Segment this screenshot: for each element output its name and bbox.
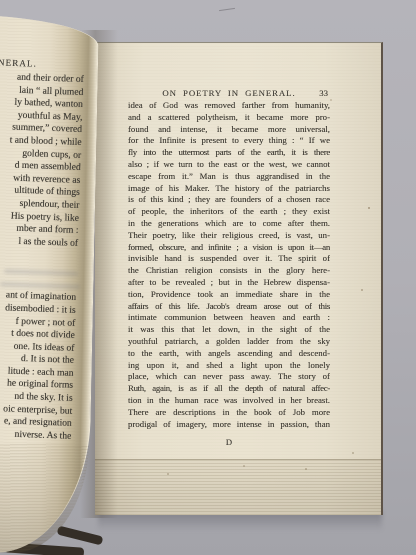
running-head-row: ON POETRY IN GENERAL. 33 bbox=[128, 88, 330, 100]
text-line: after to be revealed ; but in the Hebrew… bbox=[128, 277, 330, 289]
text-line: to the earth, with angels ascending and … bbox=[128, 348, 330, 360]
text-line: of people, the inheritors of the earth ;… bbox=[128, 206, 330, 218]
text-line: prodigal of imagery, more intense in pas… bbox=[128, 419, 330, 431]
text-line: for the Infinite is present to every thi… bbox=[128, 135, 330, 147]
background-scratch bbox=[219, 8, 235, 11]
text-line: tion in the human race was involved in h… bbox=[128, 395, 330, 407]
cover-edge-sliver bbox=[57, 526, 104, 546]
text-line: is of this kind ; they are founders of a… bbox=[128, 194, 330, 206]
text-line: Ruth, again, is as if all the depth of n… bbox=[128, 383, 330, 395]
signature-mark: D bbox=[128, 437, 330, 447]
text-line: also ; if we turn to the east or the wes… bbox=[128, 159, 330, 171]
text-line: formed, obscure, and infinite ; a vision… bbox=[128, 242, 330, 254]
text-line: found and intense, it became more univer… bbox=[128, 124, 330, 136]
text-line: youthful patriarch, a golden ladder from… bbox=[128, 336, 330, 348]
page-number: 33 bbox=[319, 88, 328, 98]
text-line: the Christian religion consists in the g… bbox=[128, 265, 330, 277]
text-line: Their poetry, like their religious creed… bbox=[128, 230, 330, 242]
text-line: There are descriptions in the book of Jo… bbox=[128, 407, 330, 419]
text-line: place, which can never pass away. The st… bbox=[128, 371, 330, 383]
text-line: intimate communion between heaven and ea… bbox=[128, 312, 330, 324]
text-line: tion, Providence took an immediate share… bbox=[128, 289, 330, 301]
right-page-bottom-leaf-edges bbox=[95, 459, 381, 515]
left-running-head-fragment: NERAL. bbox=[0, 57, 37, 68]
text-line: ing upon it, and shed a light upon the l… bbox=[128, 360, 330, 372]
text-line: in the generations which are to come aft… bbox=[128, 218, 330, 230]
text-line: affairs of this life. Jacob's dream aros… bbox=[128, 301, 330, 313]
left-page-text: and their order oflain “ all plumedly ba… bbox=[0, 67, 84, 443]
text-line: escape from it.” Man is thus aggrandised… bbox=[128, 171, 330, 183]
text-line: it was this that let down, in the sight … bbox=[128, 324, 330, 336]
text-line: idea of God was removed farther from hum… bbox=[128, 100, 330, 112]
text-line: fly into the uttermost parts of the eart… bbox=[128, 147, 330, 159]
text-line: and a scattered polytheism, it became mo… bbox=[128, 112, 330, 124]
foxing-specks bbox=[368, 207, 370, 209]
open-book-photo: ON POETRY IN GENERAL. 33 idea of God was… bbox=[0, 0, 416, 555]
running-head: ON POETRY IN GENERAL. bbox=[128, 88, 330, 98]
text-line: image of his Maker. The history of the p… bbox=[128, 183, 330, 195]
right-page-text: idea of God was removed farther from hum… bbox=[128, 100, 330, 430]
text-line: invisible hand is suspended over it. The… bbox=[128, 253, 330, 265]
